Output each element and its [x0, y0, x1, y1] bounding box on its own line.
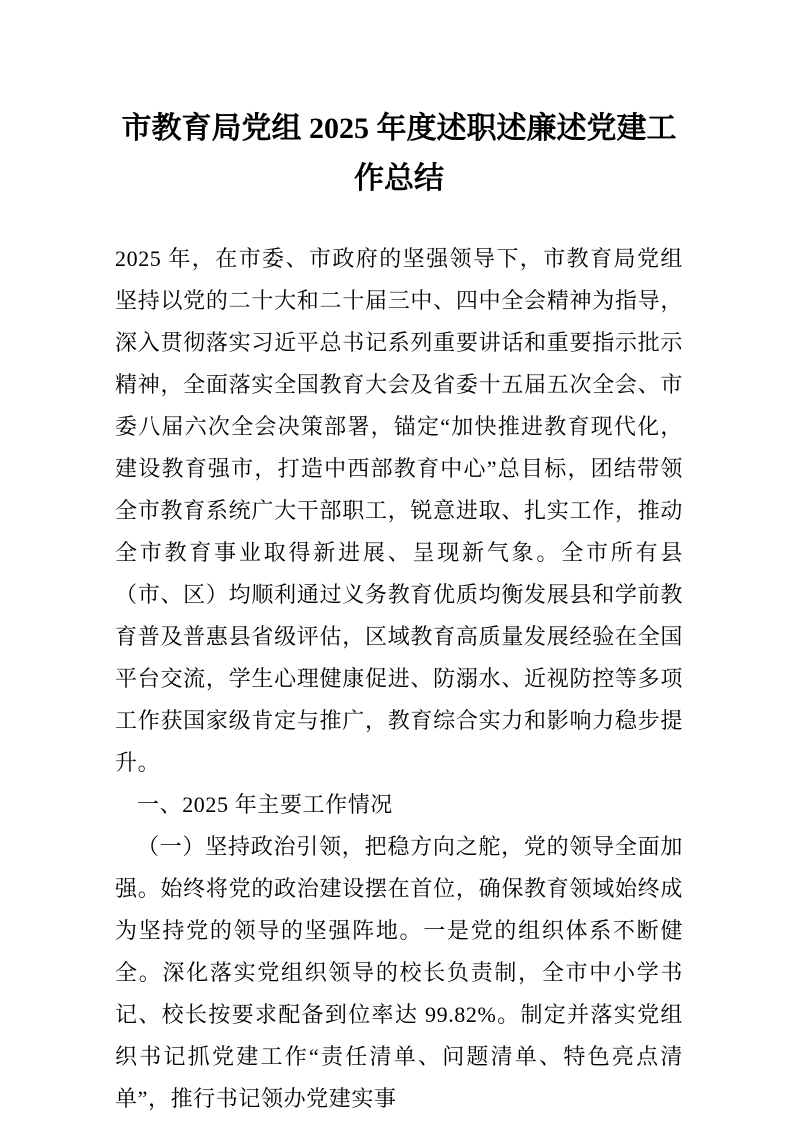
- section-heading: 一、2025 年主要工作情况: [115, 784, 683, 826]
- document-page: 市教育局党组 2025 年度述职述廉述党建工作总结 2025 年，在市委、市政府…: [0, 0, 793, 1122]
- document-title: 市教育局党组 2025 年度述职述廉述党建工作总结: [115, 104, 683, 204]
- subsection-paragraph: （一）坚持政治引领，把稳方向之舵，党的领导全面加强。始终将党的政治建设摆在首位，…: [115, 826, 683, 1120]
- intro-paragraph: 2025 年，在市委、市政府的坚强领导下，市教育局党组坚持以党的二十大和二十届三…: [115, 238, 683, 784]
